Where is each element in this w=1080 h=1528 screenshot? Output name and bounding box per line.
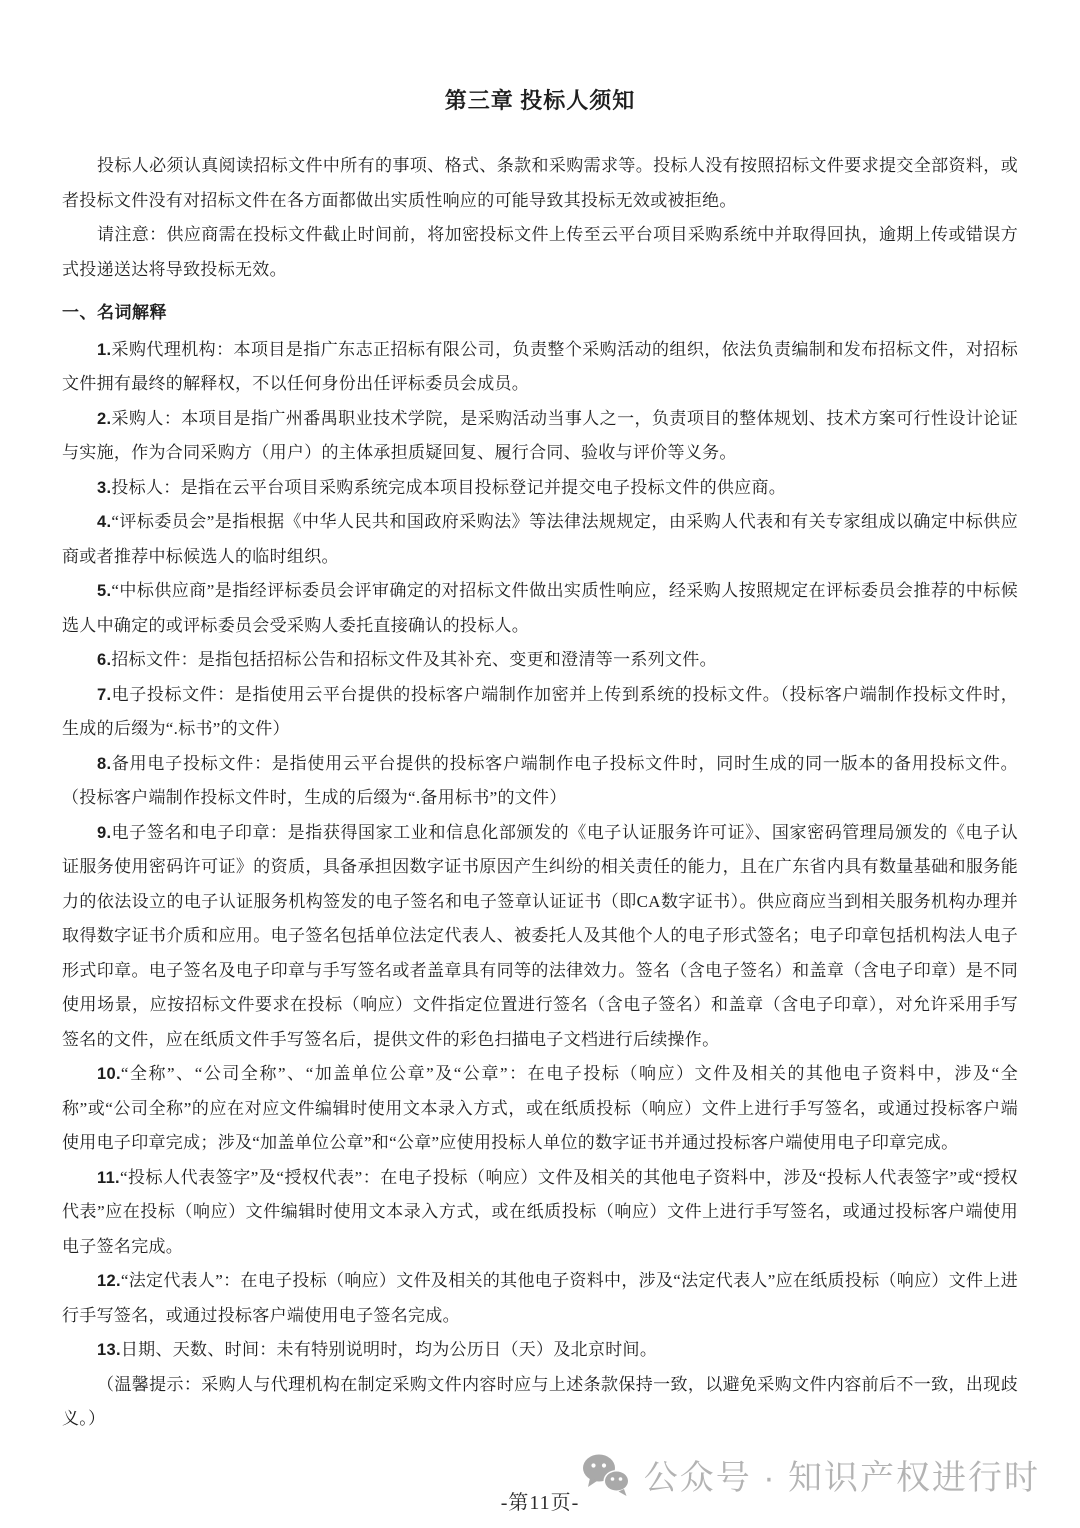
term-number: 2. <box>97 410 111 428</box>
term-text: 采购人：本项目是指广州番禺职业技术学院，是采购活动当事人之一，负责项目的整体规划… <box>62 409 1018 463</box>
term-number: 13. <box>97 1341 121 1359</box>
intro-paragraph-2: 请注意：供应商需在投标文件截止时间前，将加密投标文件上传至云平台项目采购系统中并… <box>62 218 1018 287</box>
page-number: -第11页- <box>0 1486 1080 1515</box>
reminder-note: （温馨提示：采购人与代理机构在制定采购文件内容时应与上述条款保持一致，以避免采购… <box>62 1368 1018 1437</box>
intro-block: 投标人必须认真阅读招标文件中所有的事项、格式、条款和采购需求等。投标人没有按照招… <box>62 149 1018 287</box>
term-text: “投标人代表签字”及“授权代表”：在电子投标（响应）文件及相关的其他电子资料中，… <box>62 1168 1018 1256</box>
term-text: “全称”、“公司全称”、“加盖单位公章”及“公章”：在电子投标（响应）文件及相关… <box>62 1064 1018 1152</box>
term-number: 10. <box>97 1065 121 1083</box>
document-body: 投标人必须认真阅读招标文件中所有的事项、格式、条款和采购需求等。投标人没有按照招… <box>62 149 1018 1437</box>
term-text: 备用电子投标文件：是指使用云平台提供的投标客户端制作电子投标文件时，同时生成的同… <box>62 754 1018 808</box>
intro-paragraph-1: 投标人必须认真阅读招标文件中所有的事项、格式、条款和采购需求等。投标人没有按照招… <box>62 149 1018 218</box>
term-item-1: 1.采购代理机构：本项目是指广东志正招标有限公司，负责整个采购活动的组织，依法负… <box>62 333 1018 402</box>
term-number: 8. <box>97 755 111 773</box>
term-item-11: 11.“投标人代表签字”及“授权代表”：在电子投标（响应）文件及相关的其他电子资… <box>62 1161 1018 1265</box>
term-item-10: 10.“全称”、“公司全称”、“加盖单位公章”及“公章”：在电子投标（响应）文件… <box>62 1057 1018 1161</box>
term-number: 6. <box>97 651 111 669</box>
term-text: “中标供应商”是指经评标委员会评审确定的对招标文件做出实质性响应，经采购人按照规… <box>62 581 1018 635</box>
term-number: 9. <box>97 824 111 842</box>
term-item-3: 3.投标人：是指在云平台项目采购系统完成本项目投标登记并提交电子投标文件的供应商… <box>62 471 1018 506</box>
term-item-9: 9.电子签名和电子印章：是指获得国家工业和信息化部颁发的《电子认证服务许可证》、… <box>62 816 1018 1058</box>
term-item-12: 12.“法定代表人”：在电子投标（响应）文件及相关的其他电子资料中，涉及“法定代… <box>62 1264 1018 1333</box>
term-text: “法定代表人”：在电子投标（响应）文件及相关的其他电子资料中，涉及“法定代表人”… <box>62 1271 1018 1325</box>
term-number: 11. <box>97 1169 120 1187</box>
term-text: “评标委员会”是指根据《中华人民共和国政府采购法》等法律法规规定，由采购人代表和… <box>62 512 1018 566</box>
term-number: 5. <box>97 582 111 600</box>
term-text: 日期、天数、时间：未有特别说明时，均为公历日（天）及北京时间。 <box>121 1340 657 1359</box>
term-item-7: 7.电子投标文件：是指使用云平台提供的投标客户端制作加密并上传到系统的投标文件。… <box>62 678 1018 747</box>
term-text: 电子投标文件：是指使用云平台提供的投标客户端制作加密并上传到系统的投标文件。（投… <box>62 685 1018 739</box>
term-text: 招标文件：是指包括招标公告和招标文件及其补充、变更和澄清等一系列文件。 <box>111 650 717 669</box>
term-item-5: 5.“中标供应商”是指经评标委员会评审确定的对招标文件做出实质性响应，经采购人按… <box>62 574 1018 643</box>
term-text: 电子签名和电子印章：是指获得国家工业和信息化部颁发的《电子认证服务许可证》、国家… <box>62 823 1018 1049</box>
term-item-4: 4.“评标委员会”是指根据《中华人民共和国政府采购法》等法律法规规定，由采购人代… <box>62 505 1018 574</box>
section-heading-definitions: 一、名词解释 <box>62 296 1018 331</box>
term-item-6: 6.招标文件：是指包括招标公告和招标文件及其补充、变更和澄清等一系列文件。 <box>62 643 1018 678</box>
term-item-8: 8.备用电子投标文件：是指使用云平台提供的投标客户端制作电子投标文件时，同时生成… <box>62 747 1018 816</box>
term-number: 7. <box>97 686 111 704</box>
term-item-13: 13.日期、天数、时间：未有特别说明时，均为公历日（天）及北京时间。 <box>62 1333 1018 1368</box>
term-text: 采购代理机构：本项目是指广东志正招标有限公司，负责整个采购活动的组织，依法负责编… <box>62 340 1018 394</box>
page-title: 第三章 投标人须知 <box>62 84 1018 115</box>
term-number: 12. <box>97 1272 121 1290</box>
term-text: 投标人：是指在云平台项目采购系统完成本项目投标登记并提交电子投标文件的供应商。 <box>111 478 786 497</box>
term-number: 1. <box>97 341 111 359</box>
term-number: 4. <box>97 513 111 531</box>
document-page: 第三章 投标人须知 投标人必须认真阅读招标文件中所有的事项、格式、条款和采购需求… <box>0 0 1080 1528</box>
term-item-2: 2.采购人：本项目是指广州番禺职业技术学院，是采购活动当事人之一，负责项目的整体… <box>62 402 1018 471</box>
term-number: 3. <box>97 479 111 497</box>
